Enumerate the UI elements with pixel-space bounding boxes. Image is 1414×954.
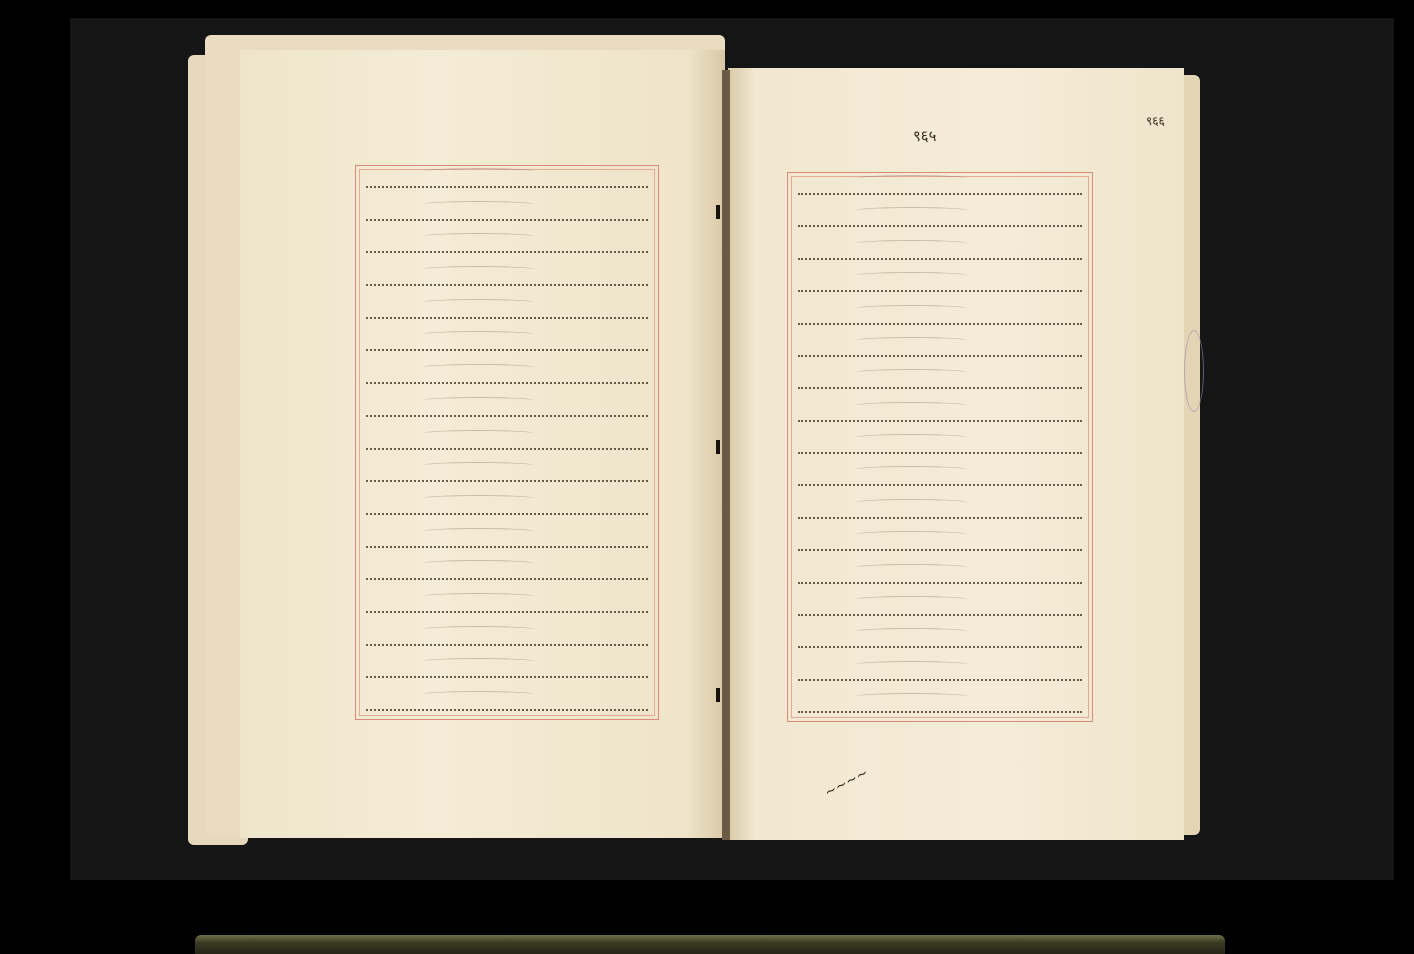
library-stamp [1184,330,1204,412]
right-text-lines [798,183,1082,713]
binding-thread [716,205,720,219]
right-text-frame [787,172,1093,722]
book-gutter [722,70,730,840]
light-box-edge [195,935,1225,954]
left-text-frame [355,165,659,720]
corner-mark: ९६६ [1146,112,1165,129]
binding-thread [716,688,720,702]
folio-number: ९६५ [913,126,936,146]
left-text-lines [366,176,648,711]
binding-thread [716,440,720,454]
